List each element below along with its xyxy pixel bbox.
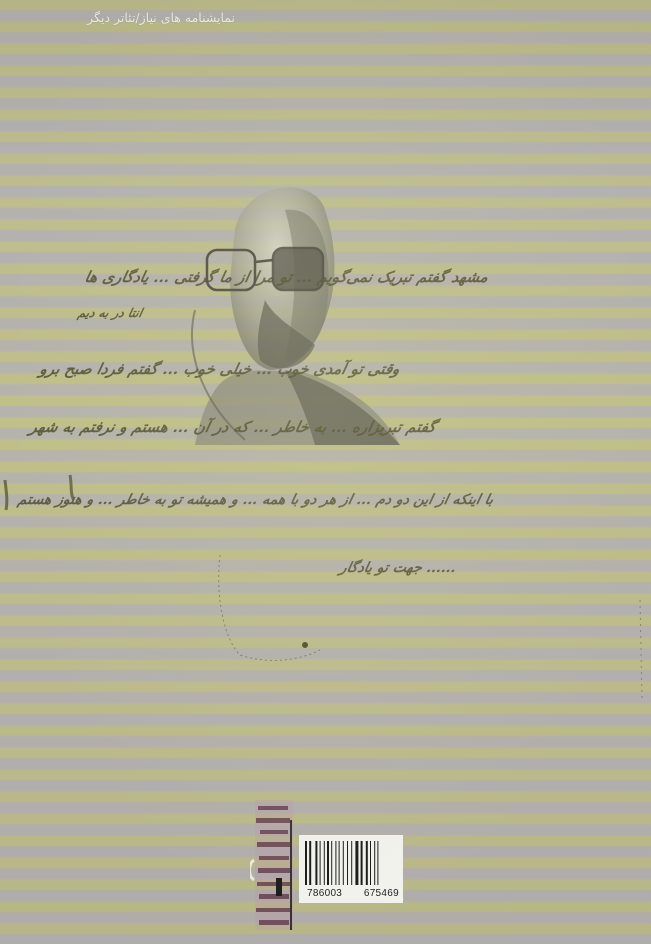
isbn-barcode: 786003 675469 xyxy=(299,835,403,903)
book-back-cover: نمایشنامه های نیاز/تئاتر دیگر مشهد گفتم … xyxy=(0,0,651,944)
portrait-photo xyxy=(175,170,405,445)
handwritten-line: ...... جهت تو یادگار xyxy=(338,560,457,576)
barcode-number-right: 675469 xyxy=(364,888,399,899)
series-title: نمایشنامه های نیاز/تئاتر دیگر xyxy=(55,10,235,25)
barcode-number: 786003 675469 xyxy=(307,888,399,899)
barcode-bars xyxy=(303,841,399,885)
publisher-logo xyxy=(250,790,300,940)
handwritten-line: انتا در به دیم xyxy=(77,306,144,320)
barcode-number-left: 786003 xyxy=(307,888,342,899)
handwritten-line: با اینکه از این دو دم ... از هر دو با هم… xyxy=(16,492,494,508)
